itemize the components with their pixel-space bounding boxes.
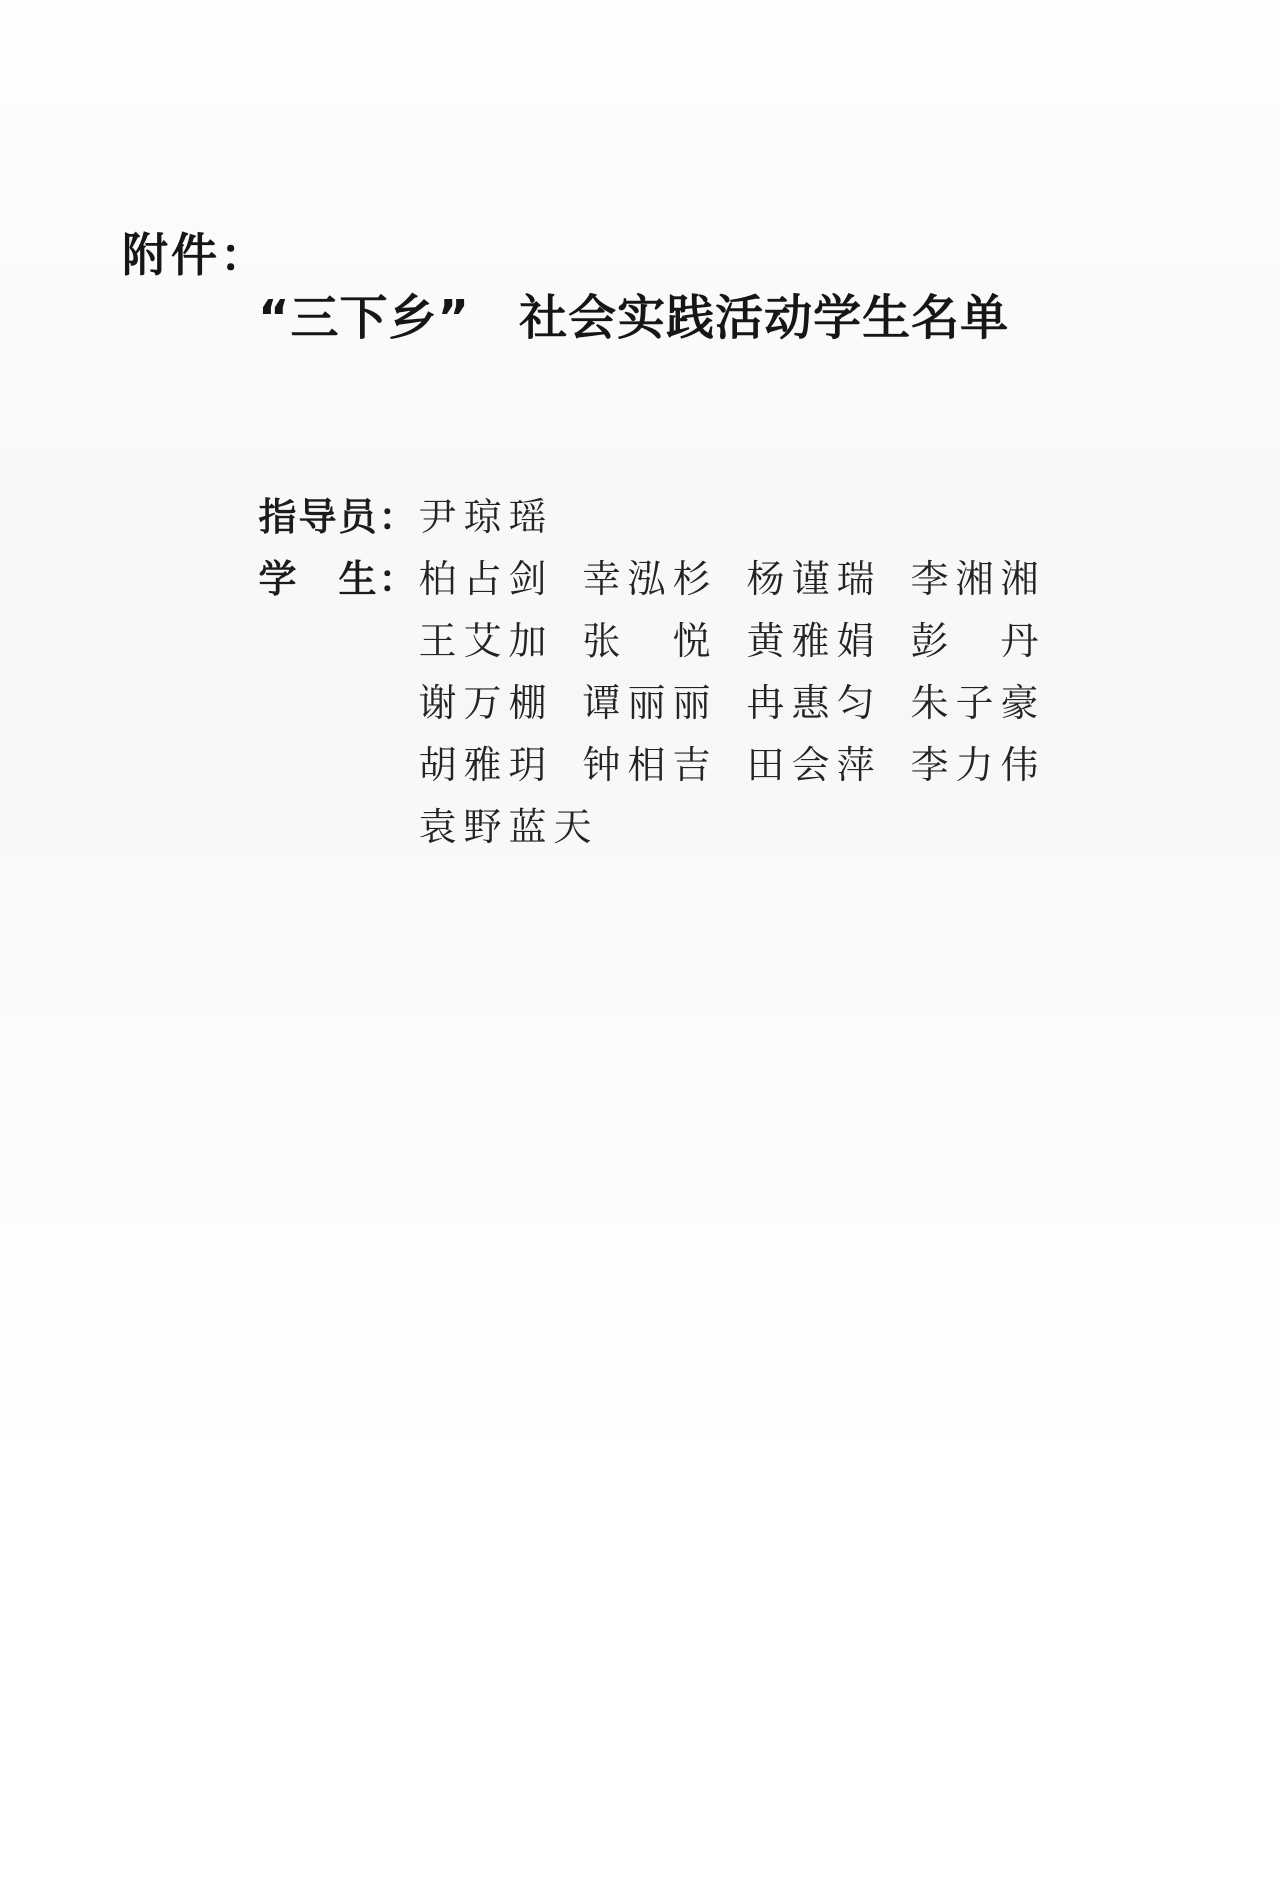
document-title: “三下乡” 社会实践活动学生名单: [258, 288, 1009, 348]
student-name: 田会萍: [746, 734, 910, 796]
student-name: 李力伟: [910, 734, 1074, 796]
student-name: 朱子豪: [910, 672, 1074, 734]
student-name: 谭丽丽: [582, 672, 746, 734]
student-name: 彭 丹: [910, 610, 1074, 672]
student-name: 袁野蓝天: [418, 796, 598, 858]
student-name: 幸泓杉: [582, 548, 746, 610]
document-page: 附件： “三下乡” 社会实践活动学生名单 指导员：尹琼瑶 学 生：柏占剑幸泓杉杨…: [0, 0, 1280, 1884]
student-name: 柏占剑: [418, 548, 582, 610]
instructor-name: 尹琼瑶: [418, 486, 553, 548]
students-label: 学 生：: [258, 548, 418, 610]
student-name: 谢万棚: [418, 672, 582, 734]
student-name: 胡雅玥: [418, 734, 582, 796]
student-name: 黄雅娟: [746, 610, 910, 672]
student-name: 王艾加: [418, 610, 582, 672]
student-name: 张 悦: [582, 610, 746, 672]
student-name: 杨谨瑞: [746, 548, 910, 610]
student-name: 李湘湘: [910, 548, 1074, 610]
attachment-label: 附件：: [122, 230, 269, 281]
student-name: 钟相吉: [582, 734, 746, 796]
roster: 指导员：尹琼瑶 学 生：柏占剑幸泓杉杨谨瑞李湘湘 王艾加张 悦黄雅娟彭 丹 谢万…: [186, 424, 1074, 796]
instructor-line: 指导员：尹琼瑶: [186, 424, 1074, 486]
student-name: 冉惠匀: [746, 672, 910, 734]
instructor-label: 指导员：: [258, 486, 418, 548]
